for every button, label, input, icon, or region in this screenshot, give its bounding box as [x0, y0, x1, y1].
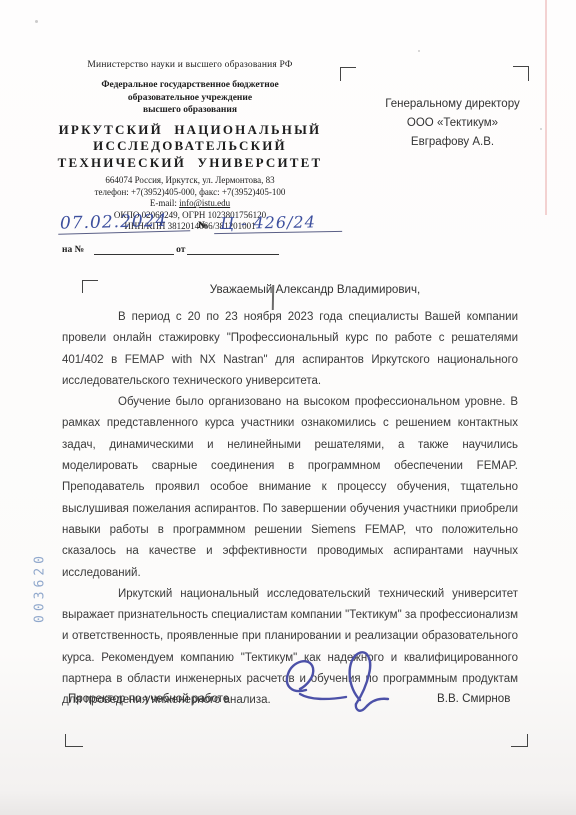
org-line: образовательное учреждение	[42, 92, 338, 105]
outgoing-reference-row: 07.02.2024 № Ц - 426/24	[58, 212, 342, 233]
org-line: Федеральное государственное бюджетное	[42, 79, 338, 92]
address-field-corner-mark-left	[340, 67, 356, 81]
body-paragraph: В период с 20 по 23 ноября 2023 года спе…	[62, 307, 518, 392]
reply-date-blank	[187, 244, 279, 255]
phone-fax: телефон: +7(3952)405-000, факс: +7(3952)…	[42, 187, 338, 199]
reply-number-blank	[94, 244, 174, 255]
recipient-block: Генеральному директору ООО «Тектикум» Ев…	[370, 95, 535, 152]
reply-reference-row: на № от	[62, 244, 279, 255]
reply-ot-label: от	[176, 245, 185, 255]
handwritten-outgoing-number: Ц - 426/24	[214, 212, 342, 234]
recipient-title: Генеральному директору	[370, 95, 535, 114]
salutation: Уважаемый Александр Владимирович,	[150, 283, 480, 296]
signer-name: В.В. Смирнов	[437, 692, 510, 705]
email-line: E-mail: info@istu.edu	[42, 198, 338, 210]
recipient-person: Евграфову А.В.	[370, 133, 535, 152]
university-name-line: ИРКУТСКИЙ НАЦИОНАЛЬНЫЙ	[42, 122, 338, 139]
handwritten-date: 07.02.2024	[58, 210, 191, 234]
postal-address: 664074 Россия, Иркутск, ул. Лермонтова, …	[42, 175, 338, 187]
email-address: info@istu.edu	[179, 198, 230, 208]
page-corner-mark-bottom-left	[65, 734, 83, 747]
signature-scribble-icon	[276, 648, 408, 724]
blank-form-number-vertical: 003620	[33, 534, 48, 642]
scan-speck	[35, 20, 38, 23]
text-field-corner-mark	[82, 280, 98, 293]
email-label: E-mail:	[150, 198, 179, 208]
page-corner-mark-bottom-right	[511, 734, 528, 747]
number-sign: №	[198, 220, 208, 231]
org-line: высшего образования	[42, 104, 338, 117]
body-paragraph: Обучение было организовано на высоком пр…	[62, 392, 518, 584]
scan-speck	[418, 50, 420, 52]
university-name-line: ИССЛЕДОВАТЕЛЬСКИЙ	[42, 138, 338, 155]
letterhead: Министерство науки и высшего образования…	[42, 60, 338, 233]
scanned-letter-page: 003620 Министерство науки и высшего обра…	[0, 0, 576, 815]
university-name: ИРКУТСКИЙ НАЦИОНАЛЬНЫЙ ИССЛЕДОВАТЕЛЬСКИЙ…	[42, 122, 338, 172]
reply-na-label: на №	[62, 245, 84, 255]
university-name-line: ТЕХНИЧЕСКИЙ УНИВЕРСИТЕТ	[42, 155, 338, 172]
ministry-line: Министерство науки и высшего образования…	[42, 60, 338, 70]
address-field-corner-mark-right	[513, 66, 529, 81]
scan-speck	[540, 128, 542, 130]
scan-edge-artifact	[545, 0, 547, 215]
recipient-company: ООО «Тектикум»	[370, 114, 535, 133]
signer-position: Проректор по учебной работе	[68, 692, 229, 705]
